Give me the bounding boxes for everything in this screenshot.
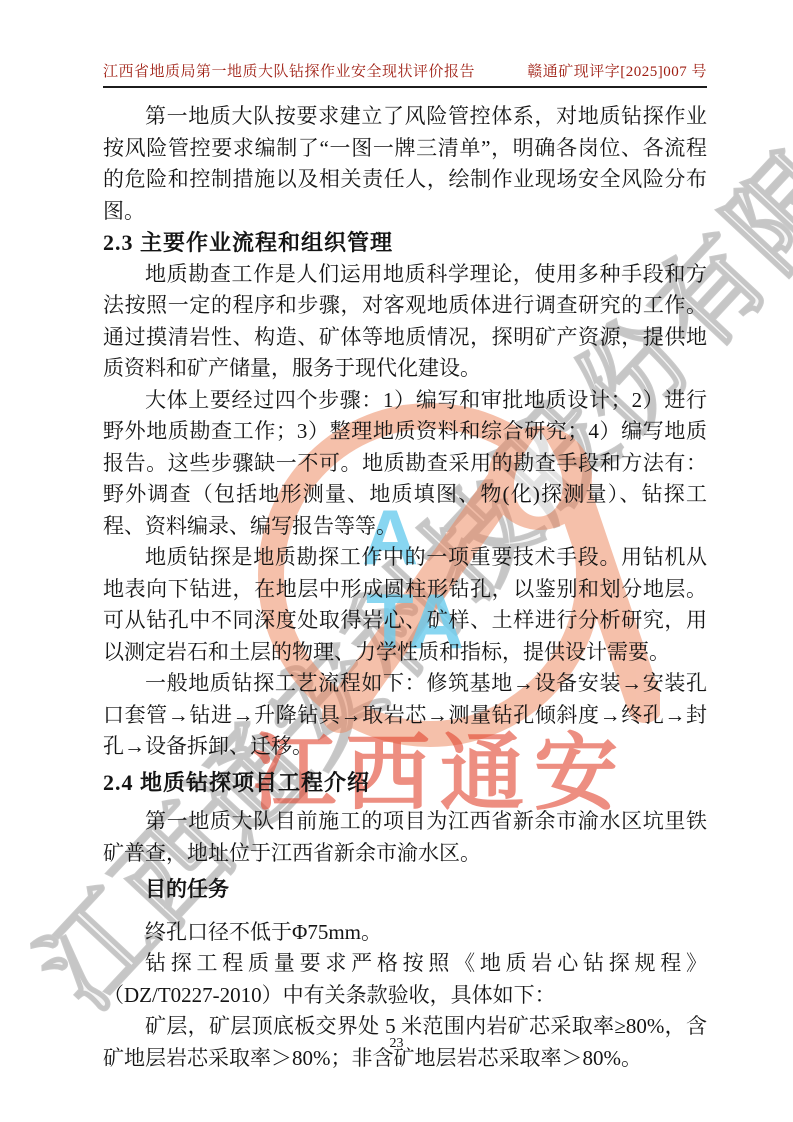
header-doc-number: 赣通矿现评字[2025]007 号 (527, 60, 707, 81)
paragraph-geological-survey: 地质勘查工作是人们运用地质科学理论，使用多种手段和方法按照一定的程序和步骤，对客… (103, 259, 707, 385)
header-report-title: 江西省地质局第一地质大队钻探作业安全现状评价报告 (103, 60, 475, 81)
paragraph-current-project: 第一地质大队目前施工的项目为江西省新余市渝水区坑里铁矿普查，地址位于江西省新余市… (103, 806, 707, 869)
paragraph-process-flow: 一般地质钻探工艺流程如下：修筑基地→设备安装→安装孔口套管→钻进→升降钻具→取岩… (103, 668, 707, 763)
paragraph-four-steps: 大体上要经过四个步骤：1）编写和审批地质设计；2）进行野外地质勘查工作；3）整理… (103, 385, 707, 543)
paragraph-hole-diameter: 终孔口径不低于Φ75mm。 (103, 917, 707, 949)
paragraph-quality-standard: 钻探工程质量要求严格按照《地质岩心钻探规程》（DZ/T0227-2010）中有关… (103, 948, 707, 1011)
page: { "header": { "report_title": "江西省地质局第一地… (0, 0, 793, 1122)
document-body: 第一地质大队按要求建立了风险管控体系，对地质钻探作业按风险管控要求编制了“一图一… (103, 101, 707, 1074)
paragraph-risk-control: 第一地质大队按要求建立了风险管控体系，对地质钻探作业按风险管控要求编制了“一图一… (103, 101, 707, 227)
subheading-purpose-task: 目的任务 (103, 874, 707, 906)
document-header: 江西省地质局第一地质大队钻探作业安全现状评价报告 赣通矿现评字[2025]007… (103, 58, 707, 88)
section-heading-2-4: 2.4 地质钻探项目工程介绍 (103, 767, 707, 799)
section-heading-2-3: 2.3 主要作业流程和组织管理 (103, 227, 707, 259)
paragraph-drilling-technique: 地质钻探是地质勘探工作中的一项重要技术手段。用钻机从地表向下钻进，在地层中形成圆… (103, 542, 707, 668)
page-number: 23 (0, 1036, 793, 1052)
